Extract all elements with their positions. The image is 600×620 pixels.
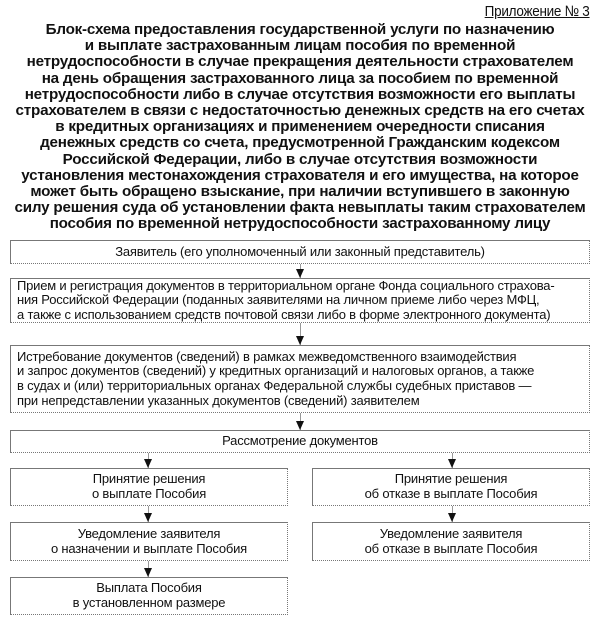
- title-line: силу решения суда об установлении факта …: [0, 200, 600, 216]
- approve-decision-text-line: Принятие решения: [93, 472, 206, 487]
- title-line: установления местонахождения страховател…: [0, 168, 600, 184]
- title-line: страхователем в связи с недостаточностью…: [0, 103, 600, 119]
- title-line: нетрудоспособности либо в случае отсутст…: [0, 87, 600, 103]
- request-box: Истребование документов (сведений) в рам…: [10, 345, 590, 413]
- reject-decision-box: Принятие решения об отказе в выплате Пос…: [312, 468, 590, 506]
- reject-notice-text-line: об отказе в выплате Пособия: [365, 542, 538, 557]
- applicant-text: Заявитель (его уполномоченный или законн…: [115, 245, 485, 260]
- title-line: Российской Федерации, либо в случае отсу…: [0, 152, 600, 168]
- approve-notice-box: Уведомление заявителя о назначении и вып…: [10, 522, 288, 561]
- approve-decision-box: Принятие решения о выплате Пособия: [10, 468, 288, 506]
- diagram-title: Блок-схема предоставления государственно…: [0, 22, 600, 233]
- reception-box: Прием и регистрация документов в террито…: [10, 278, 590, 323]
- payment-text-line: Выплата Пособия: [96, 581, 201, 596]
- request-text-line: и запрос документов (сведений) у кредитн…: [17, 364, 583, 379]
- reject-notice-box: Уведомление заявителя об отказе в выплат…: [312, 522, 590, 561]
- title-line: в кредитных организациях и применением о…: [0, 119, 600, 135]
- payment-text-line: в установленном размере: [73, 596, 226, 611]
- reject-decision-text-line: Принятие решения: [395, 472, 508, 487]
- applicant-box: Заявитель (его уполномоченный или законн…: [10, 240, 590, 264]
- approve-decision-text-line: о выплате Пособия: [92, 487, 206, 502]
- reception-text-line: Прием и регистрация документов в террито…: [17, 279, 583, 294]
- appendix-label: Приложение № 3: [485, 3, 590, 20]
- title-line: денежных средств со счета, предусмотренн…: [0, 135, 600, 151]
- reception-text-line: а также с использованием средств почтово…: [17, 308, 583, 323]
- review-box: Рассмотрение документов: [10, 430, 590, 453]
- title-line: пособия по временной нетрудоспособности …: [0, 216, 600, 232]
- reject-notice-text-line: Уведомление заявителя: [380, 527, 523, 542]
- title-line: Блок-схема предоставления государственно…: [0, 22, 600, 38]
- reception-text-line: ния Российской Федерации (поданных заяви…: [17, 293, 583, 308]
- title-line: нетрудоспособности в случае прекращения …: [0, 54, 600, 70]
- request-text-line: в судах и (или) территориальных органах …: [17, 379, 583, 394]
- approve-notice-text-line: Уведомление заявителя: [78, 527, 221, 542]
- title-line: может быть обращено взыскание, при налич…: [0, 184, 600, 200]
- review-text: Рассмотрение документов: [222, 434, 378, 449]
- request-text-line: Истребование документов (сведений) в рам…: [17, 350, 583, 365]
- request-text-line: при непредставлении указанных документов…: [17, 394, 583, 409]
- payment-box: Выплата Пособия в установленном размере: [10, 577, 288, 615]
- reject-decision-text-line: об отказе в выплате Пособия: [365, 487, 538, 502]
- title-line: на день обращения застрахованного лица з…: [0, 71, 600, 87]
- title-line: и выплате застрахованным лицам пособия п…: [0, 38, 600, 54]
- approve-notice-text-line: о назначении и выплате Пособия: [51, 542, 247, 557]
